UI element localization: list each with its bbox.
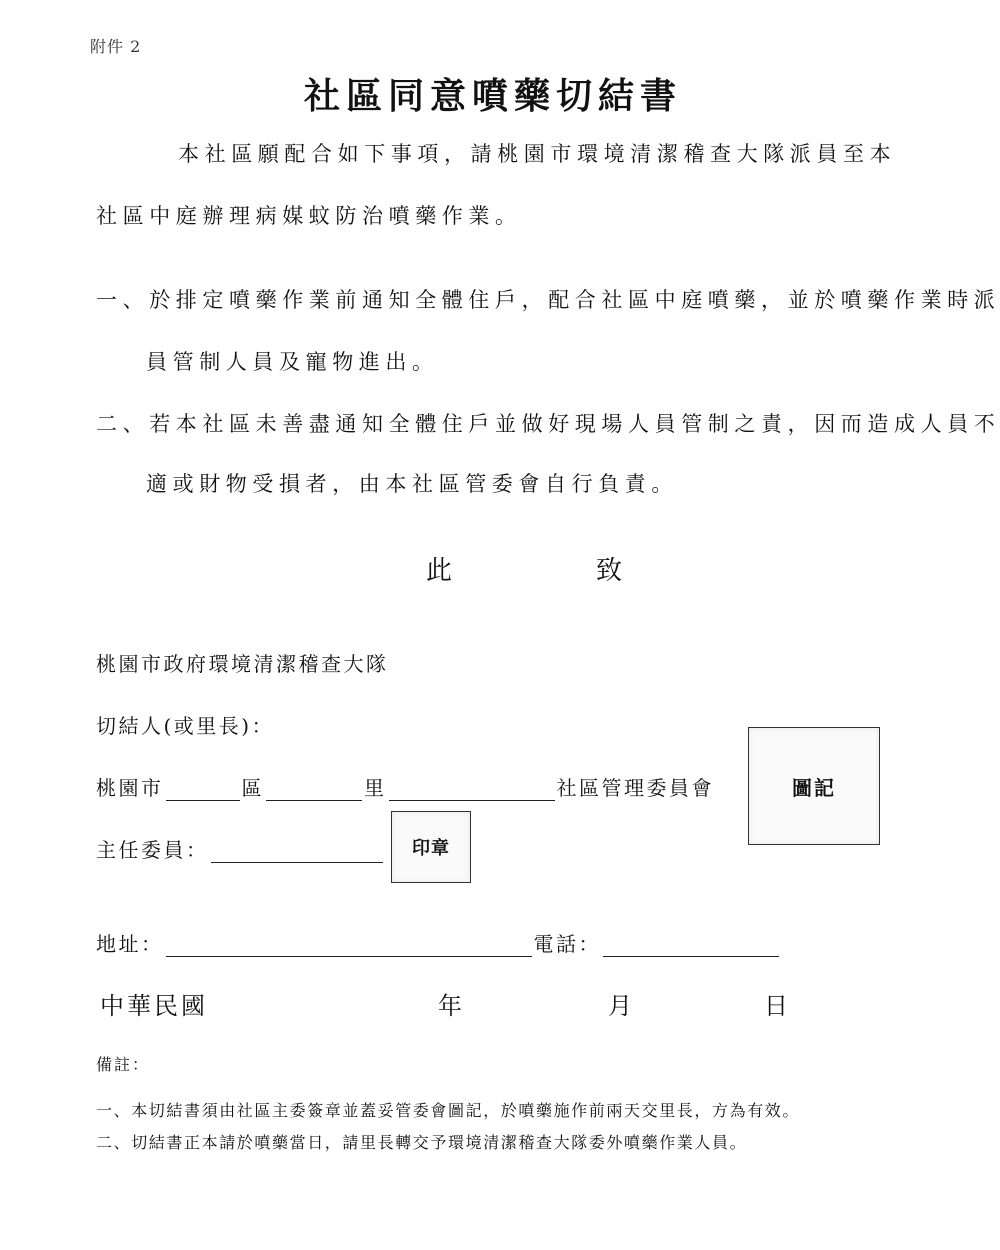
chair-row: 主任委員：: [96, 834, 385, 863]
village-suffix: 里: [364, 776, 387, 800]
chop-label: 印章: [412, 834, 450, 860]
phone-field[interactable]: [603, 938, 779, 957]
item-2-line-2: 適或財物受損者，由本社區管委會自行負責。: [146, 468, 678, 498]
district-field[interactable]: [166, 782, 240, 801]
phone-label: 電話：: [534, 932, 602, 956]
committee-suffix: 社區管理委員會: [557, 776, 715, 800]
signer-label: 切結人(或里長)：: [96, 710, 274, 739]
date-year-label: 年: [438, 986, 462, 1021]
personal-chop-box: 印章: [391, 811, 471, 883]
recipient: 桃園市政府環境清潔稽查大隊: [96, 648, 389, 677]
address-field[interactable]: [166, 938, 532, 957]
village-field[interactable]: [266, 782, 362, 801]
closing-word-2: 致: [596, 550, 622, 587]
item-1-line-1: 一、於排定噴藥作業前通知全體住戶，配合社區中庭噴藥，並於噴藥作業時派: [96, 284, 1000, 314]
item-1-line-2: 員管制人員及寵物進出。: [146, 346, 439, 376]
date-era: 中華民國: [100, 986, 208, 1021]
city-label: 桃園市: [96, 776, 164, 800]
chair-name-field[interactable]: [211, 844, 383, 863]
attachment-label: 附件 2: [90, 34, 141, 57]
intro-line-2: 社區中庭辦理病媒蚊防治噴藥作業。: [96, 200, 522, 230]
intro-line-1: 本社區願配合如下事項，請桃園市環境清潔稽查大隊派員至本: [178, 138, 896, 168]
notes-label: 備註：: [96, 1052, 150, 1075]
note-item-1: 一、本切結書須由社區主委簽章並蓋妥管委會圖記，於噴藥施作前兩天交里長，方為有效。: [96, 1098, 800, 1121]
address-label: 地址：: [96, 932, 164, 956]
district-suffix: 區: [242, 776, 265, 800]
item-2-line-1: 二、若本社區未善盡通知全體住戶並做好現場人員管制之責，因而造成人員不: [96, 408, 1000, 438]
date-day-label: 日: [764, 986, 788, 1021]
seal-label: 圖記: [792, 772, 836, 801]
closing-word-1: 此: [426, 550, 452, 587]
document-title: 社區同意噴藥切結書: [304, 68, 682, 119]
community-address-row: 桃園市區里社區管理委員會: [96, 772, 714, 801]
community-name-field[interactable]: [389, 782, 555, 801]
note-item-2: 二、切結書正本請於噴藥當日，請里長轉交予環境清潔稽查大隊委外噴藥作業人員。: [96, 1130, 747, 1153]
contact-row: 地址：電話：: [96, 928, 781, 957]
chair-label: 主任委員：: [96, 838, 209, 862]
committee-seal-box: 圖記: [748, 727, 880, 845]
date-month-label: 月: [608, 986, 632, 1021]
